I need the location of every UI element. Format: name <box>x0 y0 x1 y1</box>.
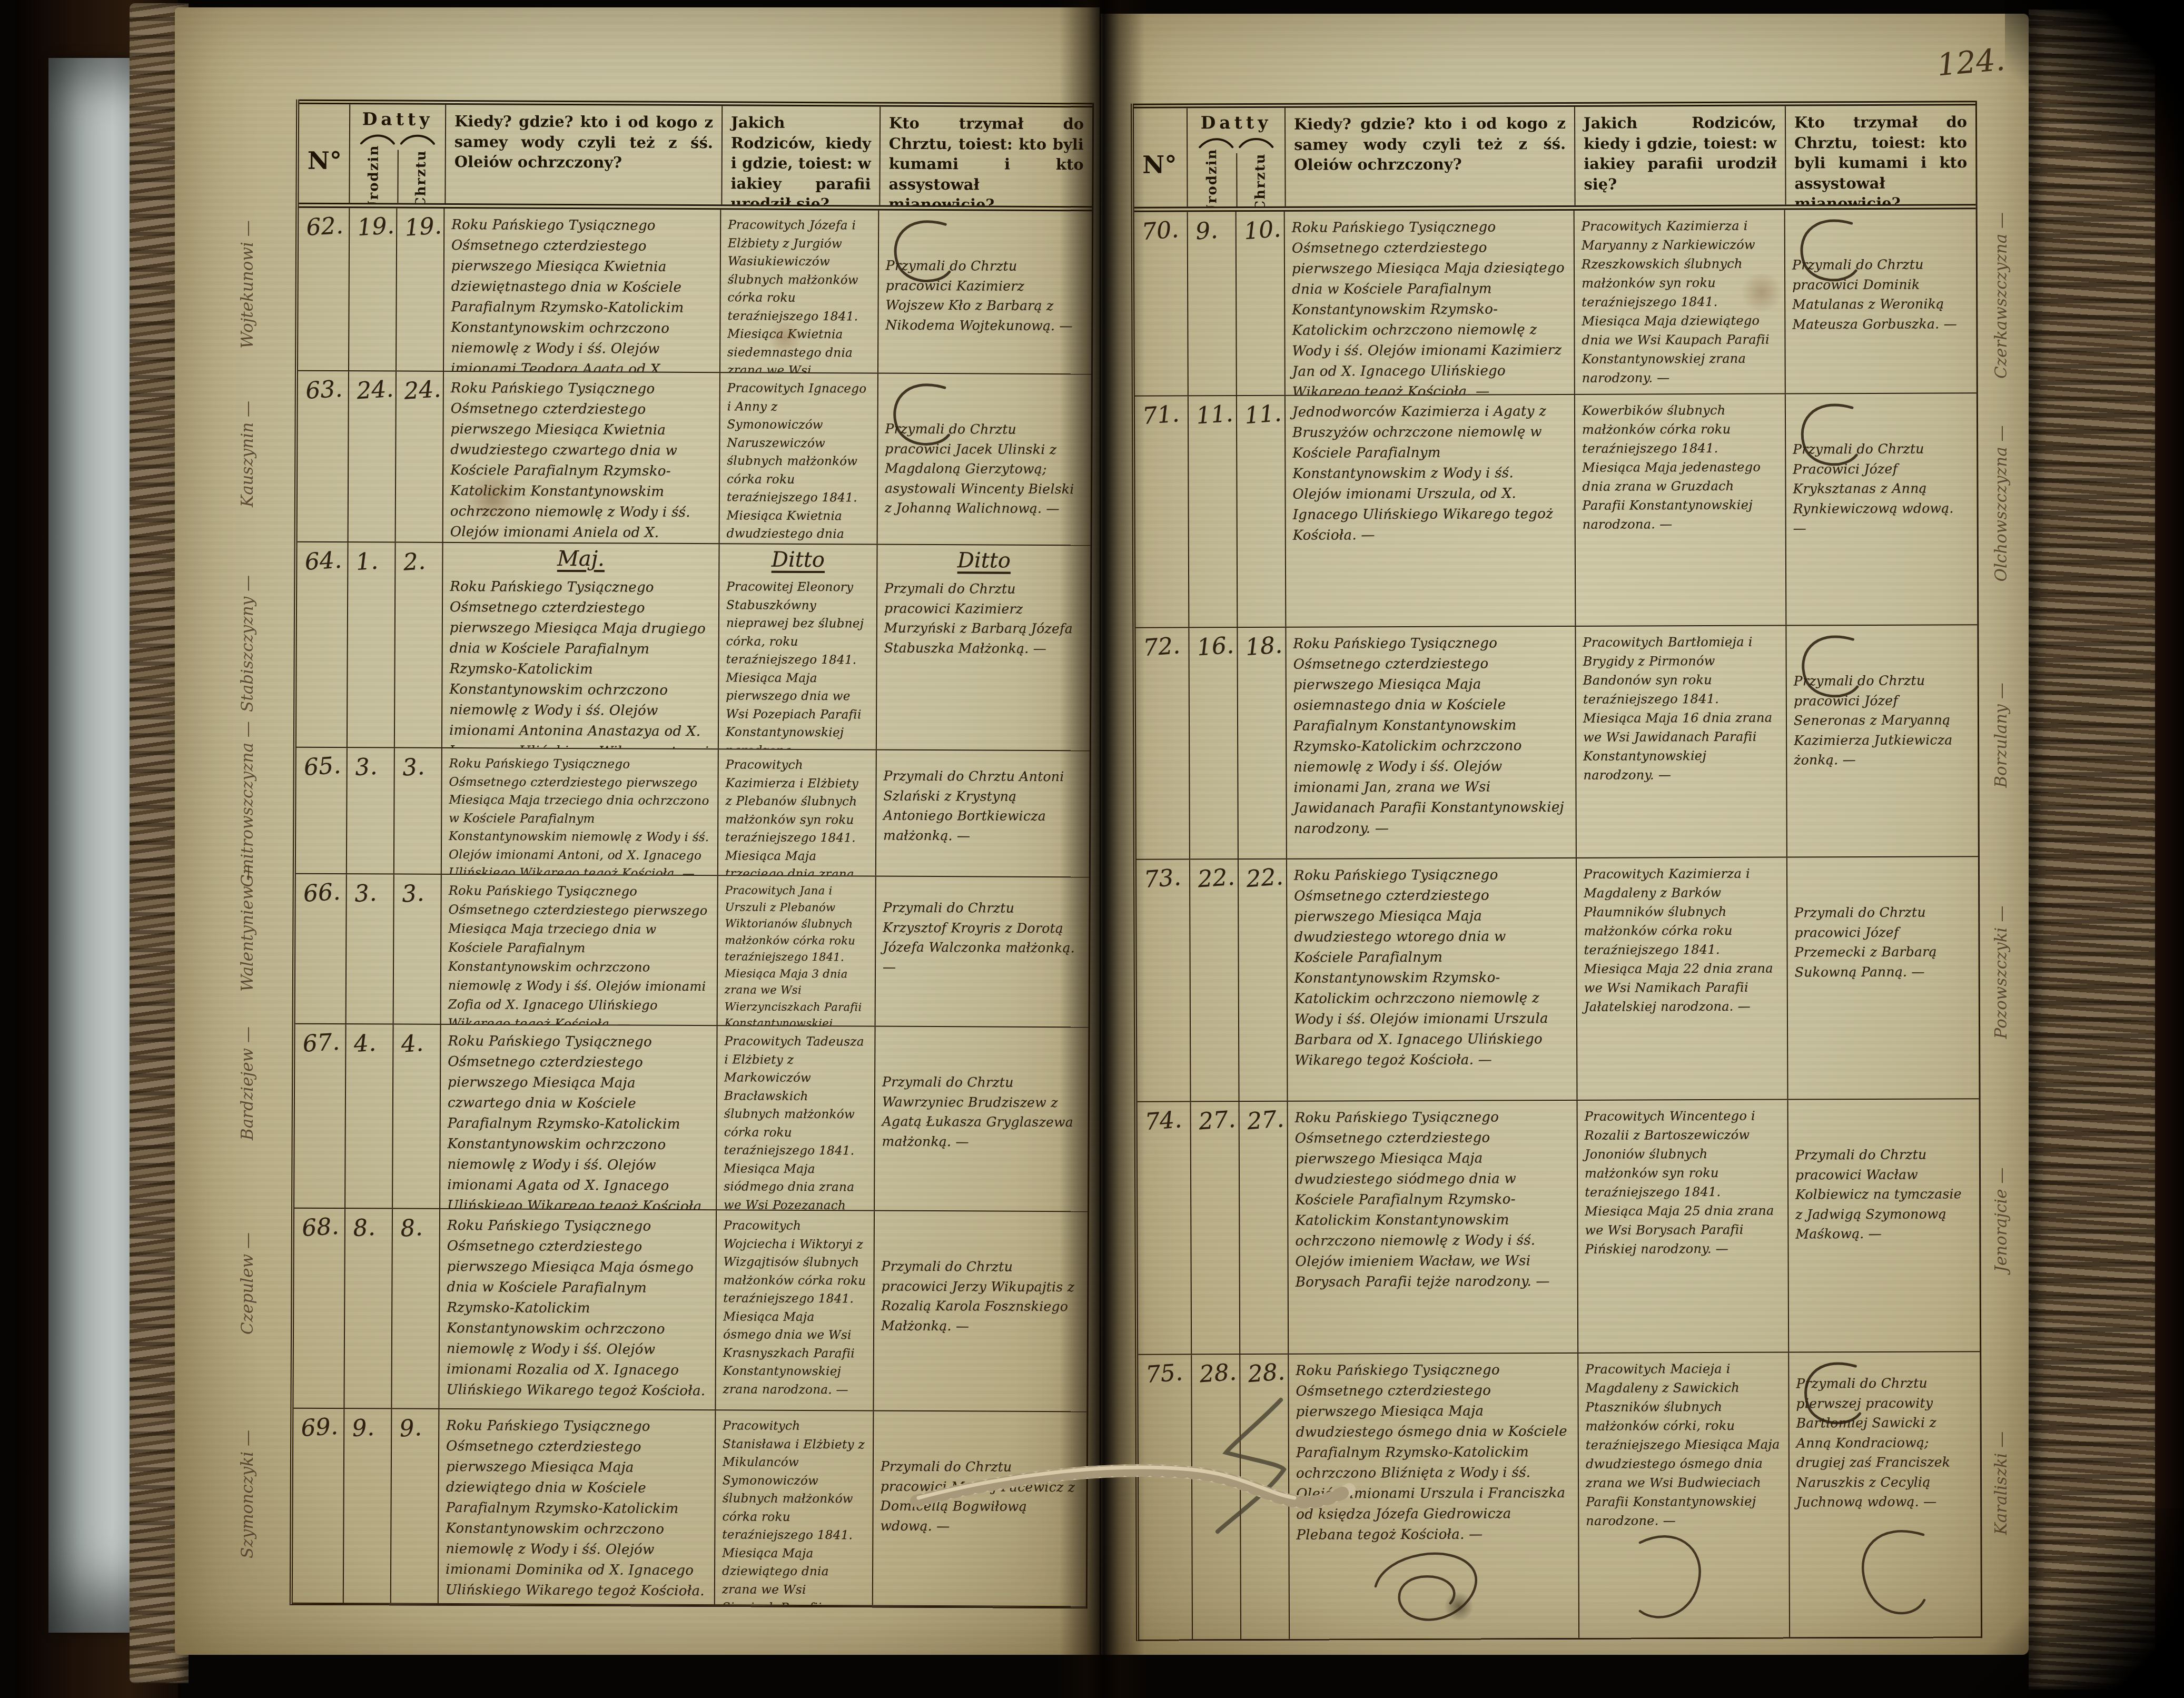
birth-date: 22. <box>1189 860 1239 893</box>
margin-note: Pozowszczyki — <box>1992 883 2011 1062</box>
entry-number-cell: 69. <box>293 1409 344 1603</box>
header-no-label: N° <box>1142 151 1177 179</box>
entry-number: 73. <box>1137 860 1190 894</box>
baptism-narrative-cell: Roku Pańskiego Tysiącznego Ośmsetnego cz… <box>1286 858 1577 1101</box>
parents-cell: Pracowitych Kazimierza i Magdaleny z Bar… <box>1576 857 1787 1099</box>
birth-date: 24. <box>348 371 396 405</box>
register-row-66: 66. 3. 3. Roku Pańskiego Tysiącznego Ośm… <box>295 874 1089 1028</box>
godparents-cell: Przymali do Chrztu pracowici Józef Sener… <box>1785 625 1978 856</box>
parents-cell: Pracowitych Stanisława i Elżbiety z Miku… <box>714 1410 873 1605</box>
baptism-date-cell: 22. <box>1238 860 1287 1101</box>
godparents-cell: Przymali do Chrztu pracowici Jerzy Wikup… <box>873 1211 1088 1411</box>
parents-cell: Pracowitych Wojciecha i Wiktoryi z Wizga… <box>715 1210 874 1410</box>
godparents-text: Przymali do Chrztu Pracowici Józef Kryks… <box>1786 393 1977 538</box>
birth-date: 19. <box>349 208 396 242</box>
birth-date-cell: 19. <box>348 208 396 370</box>
godparents-text: Przymali do Chrztu pracowici Józef Sener… <box>1786 625 1978 770</box>
baptism-date-cell: 27. <box>1239 1102 1288 1354</box>
baptism-narrative: Roku Pańskiego Tysiącznego Ośmsetnego cz… <box>442 748 718 875</box>
parents-text: Pracowitych Tadeusza i Elżbiety z Markow… <box>717 1026 875 1210</box>
register-row-68: 68. 8. 8. Roku Pańskiego Tysiącznego Ośm… <box>293 1209 1088 1413</box>
register-row-65: 65. 3. 3. Roku Pańskiego Tysiącznego Ośm… <box>296 748 1090 878</box>
header-urodzin-label: Urodzin <box>365 144 382 203</box>
baptism-narrative-cell: Roku Pańskiego Tysiącznego Ośmsetnego cz… <box>1287 1101 1578 1354</box>
entry-number: 70. <box>1134 212 1188 246</box>
godparents-text: Przymali do Chrztu pracowici Kazimierz M… <box>877 577 1091 659</box>
baptism-date: 10. <box>1236 212 1284 245</box>
register-row-63: 63. 24. 24. Roku Pańskiego Tysiącznego O… <box>298 371 1091 546</box>
left-page: Wojtekunowi — Kauszynin — Stabiszczyzny … <box>175 7 1100 1655</box>
birth-date-cell: 9. <box>1187 212 1236 395</box>
baptism-narrative-cell: Roku Pańskiego Tysiącznego Ośmsetnego cz… <box>441 748 718 875</box>
entry-number: 62. <box>298 208 349 242</box>
baptism-date: 2. <box>395 543 442 577</box>
birth-date-cell: 3. <box>345 874 393 1023</box>
godparents-text: Przymali do Chrztu pracowici Wacław Kolb… <box>1788 1099 1980 1244</box>
baptism-narrative-cell: Roku Pańskiego Tysiącznego Ośmsetnego cz… <box>440 875 717 1025</box>
baptism-narrative-cell: Roku Pańskiego Tysiącznego Ośmsetnego cz… <box>438 1409 715 1604</box>
entry-number: 72. <box>1135 628 1189 662</box>
header-subcell-chrztu: Chrztu <box>1236 153 1284 206</box>
birth-date-cell: 3. <box>346 748 394 873</box>
godparents-cell: Przymali do Chrztu pracowici Maciej Pace… <box>872 1411 1087 1606</box>
entry-number-cell: 70. <box>1134 212 1188 395</box>
birth-date: 9. <box>1187 212 1236 245</box>
birth-date-cell: 28. <box>1191 1355 1240 1639</box>
baptism-narrative-cell: Roku Pańskiego Tysiącznego Ośmsetnego cz… <box>439 1025 717 1209</box>
entry-number: 67. <box>294 1024 345 1058</box>
baptism-narrative: Roku Pańskiego Tysiącznego Ośmsetnego cz… <box>441 875 717 1025</box>
margin-note: Jenorajcie — <box>1992 1130 2011 1309</box>
entry-number-cell: 72. <box>1135 628 1189 858</box>
register-row-75: 75. 28. 28. Roku Pańskiego Tysiącznego O… <box>1138 1352 1981 1640</box>
parents-text: Kowerbików ślubnych małżonków córka roku… <box>1575 394 1785 534</box>
parents-cell: Pracowitych Ignacego i Anny z Symonowicz… <box>719 373 877 544</box>
table-header: N° Datty Urodzin Chrztu Kiedy? gdzie? kt… <box>299 100 1092 212</box>
baptism-narrative: Roku Pańskiego Tysiącznego Ośmsetnego cz… <box>1288 1101 1577 1293</box>
register-row-71: 71. 11. 11. Jednodworców Kazimierza i Ag… <box>1135 393 1978 628</box>
birth-date: 11. <box>1188 396 1237 430</box>
page-edges-stack-right <box>2029 9 2155 1690</box>
baptism-date-cell: 24. <box>395 372 443 542</box>
baptism-narrative-cell: Jednodworców Kazimierza i Agaty z Bruszy… <box>1284 395 1575 627</box>
godparents-text: Przymali do Chrztu Wawrzyniec Brudziszew… <box>875 1027 1089 1152</box>
parents-text: Pracowitych Kazimierza i Magdaleny z Bar… <box>1577 857 1787 1016</box>
register-row-70: 70. 9. 10. Roku Pańskiego Tysiącznego Oś… <box>1134 209 1977 397</box>
entry-number-cell: 74. <box>1138 1102 1191 1354</box>
parents-cell: Pracowitych Józefa i Elżbiety z Jurgiów … <box>719 210 878 372</box>
entry-number-cell: 68. <box>293 1209 344 1408</box>
baptism-narrative: Roku Pańskiego Tysiącznego Ośmsetnego cz… <box>440 1025 717 1209</box>
baptism-narrative: Roku Pańskiego Tysiącznego Ośmsetnego cz… <box>442 575 719 748</box>
header-no-label: N° <box>308 146 342 175</box>
parents-text: Pracowitych Kazimierza i Elżbiety z Pleb… <box>718 749 876 875</box>
header-chrztu-label: Chrztu <box>1252 153 1268 207</box>
baptism-register-table-right: N° Datty Urodzin Chrztu Kiedy? gdzie? kt… <box>1131 101 1982 1641</box>
baptism-narrative-cell: Roku Pańskiego Tysiącznego Ośmsetnego cz… <box>1284 211 1574 395</box>
birth-date-cell: 11. <box>1188 396 1237 627</box>
entry-number: 71. <box>1135 396 1189 430</box>
godparents-cell: Przymali do Chrztu pracowici Wacław Kolb… <box>1787 1099 1980 1351</box>
datty-brace-mark <box>1197 135 1276 150</box>
margin-note: Olchowszczyzna — <box>1992 414 2011 593</box>
godparents-text: Przymali do Chrztu pracowici Dominik Mat… <box>1785 209 1977 334</box>
header-chrztu-label: Chrztu <box>413 150 429 203</box>
parents-text: Pracowitych Jana i Urszuli z Plebanów Wi… <box>717 876 875 1025</box>
birth-date-cell: 22. <box>1189 860 1239 1101</box>
birth-date-cell: 27. <box>1190 1102 1240 1354</box>
birth-date: 1. <box>348 542 395 576</box>
parents-text: Pracowitych Wojciecha i Wiktoryi z Wizga… <box>716 1210 874 1399</box>
photo-corner-dark-br <box>1963 1508 2184 1698</box>
header-godparents: Kto trzymał do Chrztu, toiest: kto byli … <box>879 107 1092 206</box>
entry-number-cell: 66. <box>295 874 346 1023</box>
parents-cell: Ditto Pracowitej Eleonory Stabuszkówny n… <box>718 544 877 749</box>
baptism-narrative: Roku Pańskiego Tysiącznego Ośmsetnego cz… <box>1287 858 1576 1071</box>
birth-date: 3. <box>347 748 394 782</box>
register-row-64: 64. 1. 2. Maj. Roku Pańskiego Tysiączneg… <box>297 542 1091 752</box>
header-subcell-urodzin: Urodzin <box>350 150 398 203</box>
entry-number: 64. <box>297 542 348 576</box>
baptism-narrative: Roku Pańskiego Tysiącznego Ośmsetnego cz… <box>1289 1354 1578 1546</box>
baptism-date: 24. <box>396 372 443 406</box>
entry-number: 66. <box>295 874 346 908</box>
baptism-date: 8. <box>392 1209 439 1243</box>
parents-cell: Kowerbików ślubnych małżonków córka roku… <box>1574 394 1786 625</box>
margin-note: Kauszynin — <box>238 364 257 544</box>
parents-text: Pracowitych Józefa i Elżbiety z Jurgiów … <box>720 210 878 372</box>
godparents-cell: Przymali do Chrztu Antoni Szlański z Kry… <box>875 751 1090 877</box>
baptism-date: 18. <box>1237 628 1286 662</box>
header-parents: Jakich Rodziców, kiedy i gdzie, toiest: … <box>1574 106 1785 205</box>
baptism-date-cell: 10. <box>1236 212 1284 395</box>
register-row-74: 74. 27. 27. Roku Pańskiego Tysiącznego O… <box>1138 1099 1980 1355</box>
entry-number-cell: 71. <box>1135 396 1189 627</box>
birth-date-cell: 16. <box>1188 628 1238 858</box>
godparents-cell: Ditto Przymali do Chrztu pracowici Kazim… <box>876 545 1091 751</box>
header-datty-label: Datty <box>1188 112 1284 133</box>
header-subcell-urodzin: Urodzin <box>1188 153 1237 206</box>
margin-note: Czepulew — <box>238 1194 257 1373</box>
birth-date-cell: 4. <box>344 1024 393 1208</box>
header-cell-no: N° <box>299 104 349 203</box>
baptism-narrative-cell: Maj. Roku Pańskiego Tysiącznego Ośmsetne… <box>441 543 719 748</box>
godparents-cell: Przymali do Chrztu Krzysztof Kroyris z D… <box>875 877 1089 1027</box>
header-cell-datty: Datty Urodzin Chrztu <box>1187 108 1285 207</box>
margin-note: Stabiszczyzny — <box>238 554 257 733</box>
godparents-text: Przymali do Chrztu pracowici Kazimierz W… <box>878 211 1092 336</box>
entry-number-cell: 62. <box>298 208 349 370</box>
birth-date: 28. <box>1191 1355 1240 1388</box>
baptism-date: 4. <box>393 1025 440 1059</box>
birth-date: 9. <box>343 1409 391 1443</box>
baptism-narrative: Jednodworców Kazimierza i Agaty z Bruszy… <box>1286 395 1575 546</box>
godparents-cell: Przymali do Chrztu Wawrzyniec Brudziszew… <box>874 1027 1089 1211</box>
header-when-where: Kiedy? gdzie? kto i od kogo z samey wody… <box>444 105 722 204</box>
godparents-cell: Przymali do Chrztu pierwszej pracowity B… <box>1788 1352 1981 1637</box>
birth-date: 3. <box>346 874 393 908</box>
baptism-narrative-cell: Roku Pańskiego Tysiącznego Ośmsetnego cz… <box>442 372 719 543</box>
godparents-text: Przymali do Chrztu pracowici Jacek Ulins… <box>878 374 1091 519</box>
baptism-date-cell: 2. <box>394 543 442 747</box>
header-cell-datty: Datty Urodzin Chrztu <box>349 104 445 203</box>
parents-text: Pracowitych Macieja i Magdaleny z Sawick… <box>1578 1353 1788 1530</box>
baptism-date: 19. <box>396 209 443 242</box>
header-when-where: Kiedy? gdzie? kto i od kogo z samey wody… <box>1284 107 1575 206</box>
table-header: N° Datty Urodzin Chrztu Kiedy? gdzie? kt… <box>1134 101 1976 212</box>
entry-number-cell: 67. <box>294 1024 345 1208</box>
parents-text: Pracowitych Wincentego i Rozalii z Barto… <box>1578 1100 1788 1258</box>
ditto-heading: Ditto <box>719 547 876 572</box>
birth-date: 16. <box>1188 628 1238 662</box>
parents-text: Pracowitych Stanisława i Elżbiety z Miku… <box>715 1410 873 1605</box>
margin-note: Wojtekunowi — <box>238 195 257 374</box>
baptism-date: 3. <box>394 748 441 782</box>
entry-number: 75. <box>1138 1355 1192 1389</box>
parents-text: Pracowitej Eleonory Stabuszkówny niepraw… <box>719 576 877 749</box>
godparents-text: Przymali do Chrztu Krzysztof Kroyris z D… <box>876 877 1089 978</box>
baptism-date-cell: 9. <box>390 1409 439 1603</box>
margin-note: Czerkawszczyzna — <box>1992 206 2011 385</box>
parents-text: Pracowitych Bartłomieja i Brygidy z Pirm… <box>1576 626 1786 784</box>
parents-cell: Pracowitych Kazimierza i Maryanny z Nark… <box>1574 210 1785 393</box>
parents-cell: Pracowitych Wincentego i Rozalii z Barto… <box>1577 1100 1788 1352</box>
parents-cell: Pracowitych Kazimierza i Elżbiety z Pleb… <box>717 749 876 875</box>
godparents-text: Przymali do Chrztu pracowici Jerzy Wikup… <box>874 1211 1088 1337</box>
baptism-date-cell: 3. <box>393 875 441 1024</box>
ditto-heading: Ditto <box>877 548 1090 574</box>
baptism-date: 9. <box>391 1409 438 1443</box>
birth-date-cell: 8. <box>343 1209 392 1408</box>
godparents-cell: Przymali do Chrztu Pracowici Józef Kryks… <box>1785 393 1978 625</box>
baptism-date: 11. <box>1236 396 1286 430</box>
entry-number-cell: 64. <box>297 542 348 747</box>
margin-note: Bardziejew — <box>238 994 257 1173</box>
entry-number-cell: 75. <box>1138 1355 1192 1639</box>
entry-number-cell: 65. <box>296 748 347 873</box>
header-godparents: Kto trzymał do Chrztu, toiest: kto byli … <box>1785 105 1976 204</box>
birth-date-cell: 9. <box>343 1409 391 1603</box>
register-row-62: 62. 19. 19. Roku Pańskiego Tysiącznego O… <box>298 208 1092 375</box>
entry-number-cell: 73. <box>1137 860 1190 1101</box>
baptism-date-cell: 28. <box>1239 1355 1289 1639</box>
baptism-date-cell: 18. <box>1237 628 1286 858</box>
header-cell-no: N° <box>1134 108 1187 206</box>
scanned-register-photo: Wojtekunowi — Kauszynin — Stabiszczyzny … <box>0 0 2184 1698</box>
parents-cell: Pracowitych Tadeusza i Elżbiety z Markow… <box>716 1026 875 1210</box>
baptism-date-cell: 3. <box>393 748 441 874</box>
entry-number: 68. <box>293 1209 344 1242</box>
header-urodzin-label: Urodzin <box>1204 148 1220 206</box>
register-row-69: 69. 9. 9. Roku Pańskiego Tysiącznego Ośm… <box>293 1409 1087 1607</box>
parents-cell: Pracowitych Bartłomieja i Brygidy z Pirm… <box>1575 626 1786 857</box>
baptism-narrative: Roku Pańskiego Tysiącznego Ośmsetnego cz… <box>443 372 719 543</box>
baptism-narrative: Roku Pańskiego Tysiącznego Ośmsetnego cz… <box>1286 627 1575 840</box>
baptism-date-cell: 8. <box>391 1209 439 1408</box>
margin-note: Borzulany — <box>1992 646 2011 825</box>
baptism-date: 27. <box>1239 1102 1288 1136</box>
entry-number: 65. <box>296 748 347 782</box>
baptism-narrative: Roku Pańskiego Tysiącznego Ośmsetnego cz… <box>1285 211 1574 395</box>
baptism-narrative-cell: Roku Pańskiego Tysiącznego Ośmsetnego cz… <box>1285 627 1576 858</box>
birth-date: 8. <box>344 1209 392 1242</box>
godparents-cell: Przymali do Chrztu pracowici Jacek Ulins… <box>877 374 1091 545</box>
entry-number: 74. <box>1138 1102 1191 1136</box>
register-row-73: 73. 22. 22. Roku Pańskiego Tysiącznego O… <box>1137 857 1979 1102</box>
baptism-date-cell: 11. <box>1236 396 1286 627</box>
datty-brace-mark <box>358 132 437 146</box>
photo-corner-dark-tr <box>2005 0 2184 221</box>
entry-number: 69. <box>293 1409 344 1443</box>
entry-number-cell: 63. <box>298 371 348 541</box>
baptism-register-table-left: N° Datty Urodzin Chrztu Kiedy? gdzie? kt… <box>290 100 1094 1609</box>
baptism-narrative: Roku Pańskiego Tysiącznego Ośmsetnego cz… <box>439 1409 715 1604</box>
baptism-date: 22. <box>1238 860 1287 893</box>
birth-date: 4. <box>345 1024 393 1058</box>
birth-date-cell: 1. <box>347 542 395 747</box>
godparents-text: Przymali do Chrztu pracowici Józef Przem… <box>1787 857 1979 982</box>
godparents-cell: Przymali do Chrztu pracowici Józef Przem… <box>1786 857 1979 1099</box>
baptism-narrative: Roku Pańskiego Tysiącznego Ośmsetnego cz… <box>439 1209 716 1409</box>
godparents-cell: Przymali do Chrztu pracowici Dominik Mat… <box>1784 209 1977 393</box>
godparents-text: Przymali do Chrztu Antoni Szlański z Kry… <box>876 751 1090 846</box>
header-subcell-chrztu: Chrztu <box>397 150 444 203</box>
register-row-67: 67. 4. 4. Roku Pańskiego Tysiącznego Ośm… <box>294 1024 1089 1212</box>
margin-note: Szymonczyki — <box>238 1405 257 1584</box>
parents-cell: Pracowitych Jana i Urszuli z Plebanów Wi… <box>717 876 875 1025</box>
birth-date-cell: 24. <box>348 371 396 541</box>
page-number: 124. <box>1935 42 2007 83</box>
godparents-cell: Przymali do Chrztu pracowici Kazimierz W… <box>877 211 1092 374</box>
right-page: 124. Czerkawszczyzna — Olchowszczyzna — … <box>1101 14 2029 1655</box>
godparents-text: Przymali do Chrztu pracowici Maciej Pace… <box>873 1411 1086 1537</box>
baptism-narrative: Roku Pańskiego Tysiącznego Ośmsetnego cz… <box>444 209 720 372</box>
baptism-date: 3. <box>393 875 441 909</box>
entry-number: 63. <box>298 371 348 405</box>
godparents-text: Przymali do Chrztu pierwszej pracowity B… <box>1789 1352 1980 1512</box>
register-row-72: 72. 16. 18. Roku Pańskiego Tysiącznego O… <box>1135 625 1978 860</box>
baptism-narrative-cell: Roku Pańskiego Tysiącznego Ośmsetnego cz… <box>1288 1354 1578 1639</box>
parents-text: Pracowitych Ignacego i Anny z Symonowicz… <box>719 373 877 544</box>
baptism-narrative-cell: Roku Pańskiego Tysiącznego Ośmsetnego cz… <box>438 1209 716 1409</box>
margin-note: Walentyniew — <box>238 838 257 1018</box>
baptism-narrative-cell: Roku Pańskiego Tysiącznego Ośmsetnego cz… <box>443 209 720 372</box>
birth-date: 27. <box>1190 1102 1240 1136</box>
header-datty-label: Datty <box>350 108 445 130</box>
baptism-date: 28. <box>1239 1355 1289 1388</box>
month-heading: Maj. <box>443 546 718 571</box>
header-parents: Jakich Rodziców, kiedy i gdzie, toiest: … <box>721 106 879 205</box>
baptism-date-cell: 4. <box>392 1025 440 1208</box>
baptism-date-cell: 19. <box>396 209 443 371</box>
parents-cell: Pracowitych Macieja i Magdaleny z Sawick… <box>1577 1353 1789 1637</box>
parents-text: Pracowitych Kazimierza i Maryanny z Nark… <box>1575 210 1785 387</box>
